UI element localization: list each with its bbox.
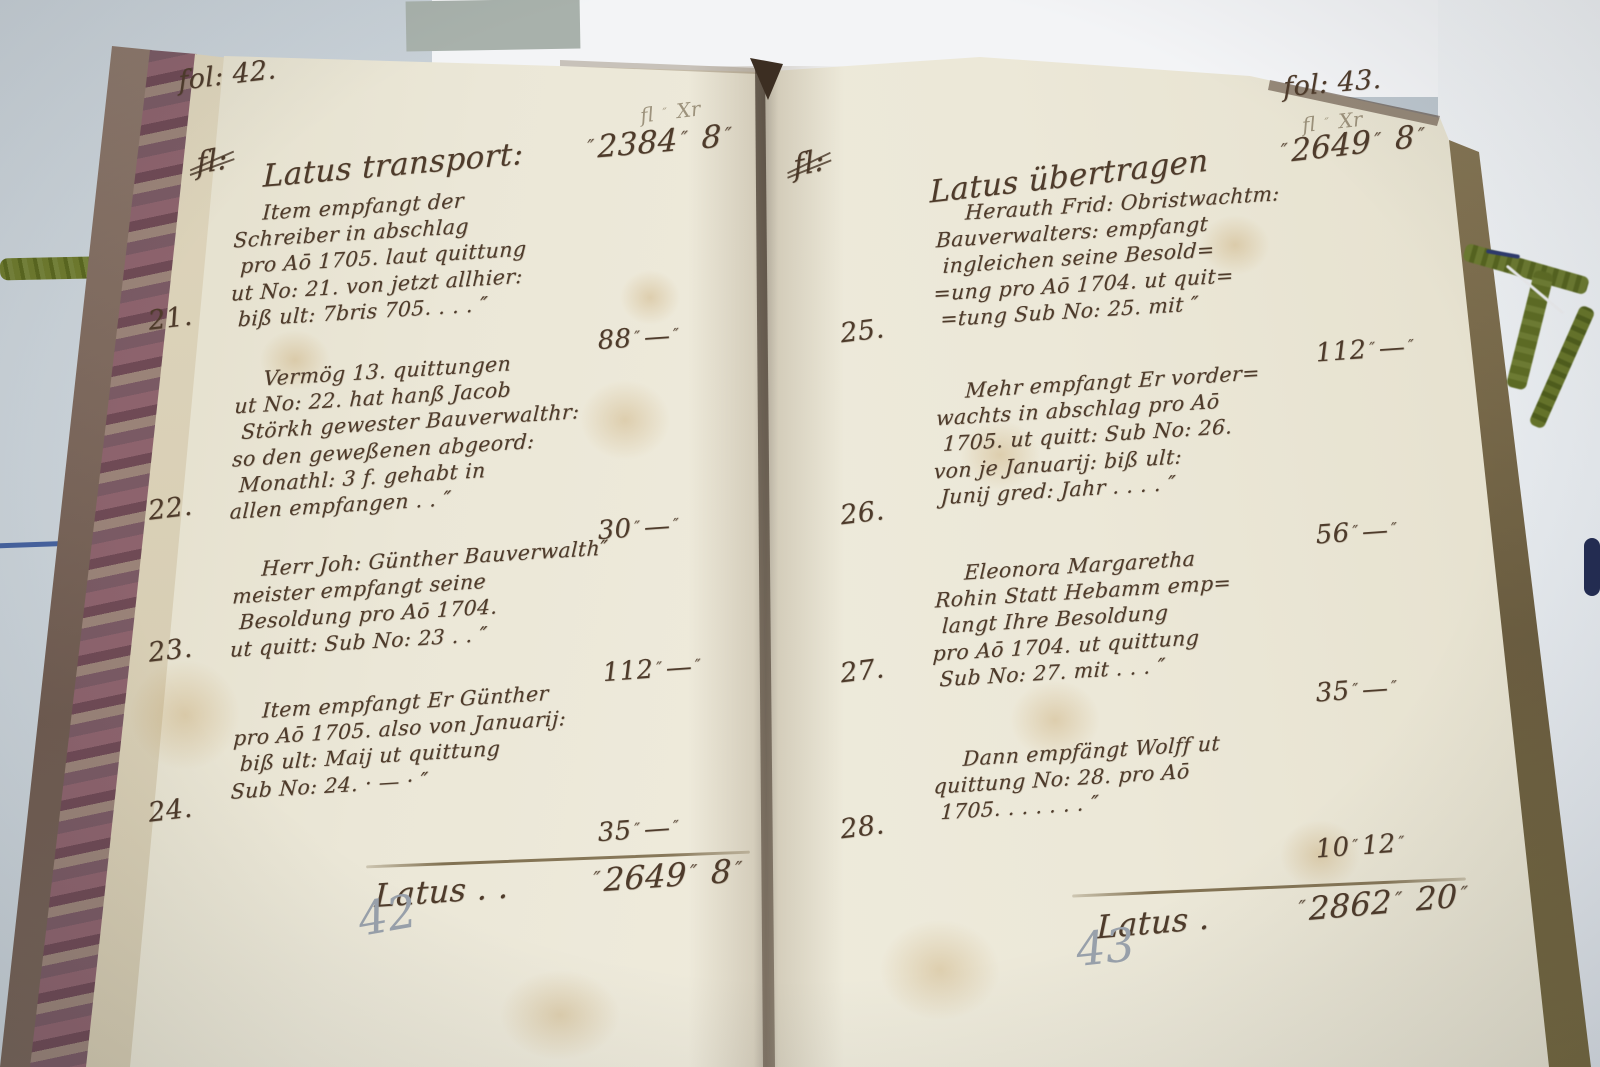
entry-text: Vermög 13. quittungenut No: 22. hat hanß… — [228, 341, 606, 554]
separator: ″ — [1398, 832, 1406, 851]
entry-amount: 10″12″ — [1315, 826, 1446, 877]
handwriting-layer: fol: 42. fl: fl ″ Xr Latus transport: ″2… — [0, 0, 1600, 1067]
struck-fl-mark: fl: — [792, 143, 826, 185]
entry-text: Herauth Frid: Obristwachtm:Bauverwalters… — [930, 174, 1323, 376]
entries-right: 25.Herauth Frid: Obristwachtm:Bauverwalt… — [842, 198, 1444, 872]
separator: ″ — [672, 816, 680, 835]
amount-value: 12 — [1361, 829, 1397, 861]
separator: ″ — [634, 819, 642, 838]
entry-number: 26. — [838, 490, 933, 563]
struck-fl-mark: fl: — [196, 141, 229, 182]
ledger-entry: 22.Vermög 13. quittungenut No: 22. hat h… — [150, 364, 716, 554]
ledger-entry: 25.Herauth Frid: Obristwachtm:Bauverwalt… — [842, 198, 1444, 376]
folio-label-left: fol: 42. — [178, 54, 278, 97]
currency-mark-right: fl: — [792, 143, 826, 185]
ledger-entry: 23.Herr Joh: Günther Bauverwalth″meister… — [150, 554, 716, 696]
amount-value: 112 — [602, 655, 655, 688]
entry-number: 22. — [146, 486, 231, 558]
separator: ″ — [1407, 335, 1415, 354]
ledger-entry: 26.Mehr empfangt Er vorder=wachts in abs… — [842, 376, 1444, 558]
entry-amount: 56″—″ — [1315, 512, 1446, 563]
entry-amount: 35″—″ — [1315, 670, 1446, 721]
ledger-entry: 21.Item empfangt derSchreiber in abschla… — [150, 198, 716, 364]
photo-of-ledger-book: fol: 42. fl: fl ″ Xr Latus transport: ″2… — [0, 0, 1600, 1067]
entry-text: Dann empfängt Wolff utquittung No: 28. p… — [930, 720, 1321, 872]
entry-number: 25. — [838, 308, 933, 381]
entry-text: Item empfangt Er Güntherpro Aō 1705. als… — [228, 673, 604, 856]
separator: ″ — [1324, 114, 1330, 129]
amount-value: — — [643, 321, 671, 353]
separator: ″ — [1390, 676, 1398, 695]
entry-number: 27. — [838, 648, 933, 721]
amount-value: — — [1378, 332, 1406, 364]
separator: ″ — [1352, 835, 1360, 854]
entry-amount: 112″—″ — [602, 650, 723, 700]
entry-text: Herr Joh: Günther Bauverwalth″meister em… — [228, 530, 609, 696]
separator: ″ — [672, 514, 680, 533]
pencil-folio-left: 42 — [354, 883, 421, 946]
currency-mark-left: fl: — [196, 141, 229, 182]
amount-value: — — [1361, 673, 1389, 705]
amount-value: — — [643, 813, 671, 845]
separator: ″ — [1352, 679, 1360, 698]
amount-value: 10 — [1315, 832, 1351, 864]
entry-number: 23. — [146, 628, 231, 700]
carry-amount: ″2384″ 8″ — [584, 117, 736, 166]
xr-column-label: Xr — [675, 96, 702, 123]
carry-amount: ″2649″ 8″ — [1278, 117, 1429, 170]
entry-text: Item empfangt derSchreiber in abschlagpr… — [228, 175, 605, 364]
amount-value: — — [1361, 515, 1389, 547]
separator: ″ — [634, 327, 642, 346]
entry-text: Mehr empfangt Er vorder=wachts in abschl… — [930, 352, 1323, 558]
amount-value: — — [643, 511, 671, 543]
separator: ″ — [1390, 518, 1398, 537]
amount-value: — — [665, 652, 693, 684]
separator: ″ — [662, 104, 668, 119]
amount-value: 35 — [1315, 676, 1351, 708]
separator: ″ — [695, 655, 703, 674]
entry-number: 21. — [146, 296, 231, 368]
pencil-folio-right: 43 — [1073, 917, 1137, 977]
amount-value: 35 — [597, 816, 633, 848]
separator: ″ — [656, 657, 664, 676]
separator: ″ — [634, 517, 642, 536]
folio-label-right: fol: 43. — [1283, 64, 1382, 104]
separator: ″ — [672, 324, 680, 343]
ledger-entry: 28.Dann empfängt Wolff utquittung No: 28… — [842, 744, 1444, 872]
entry-number: 28. — [838, 804, 933, 877]
entry-amount: 88″—″ — [597, 318, 718, 368]
entry-amount: 112″—″ — [1315, 330, 1446, 381]
ledger-entry: 24.Item empfangt Er Güntherpro Aō 1705. … — [150, 696, 716, 856]
entries-left: 21.Item empfangt derSchreiber in abschla… — [150, 198, 716, 856]
entry-text: Eleonora MargarethaRohin Statt Hebamm em… — [930, 534, 1322, 716]
ledger-entry: 27.Eleonora MargarethaRohin Statt Hebamm… — [842, 558, 1444, 716]
entry-number: 24. — [146, 788, 231, 860]
separator: ″ — [1369, 338, 1377, 357]
separator: ″ — [1352, 521, 1360, 540]
entry-amount: 30″—″ — [597, 508, 718, 558]
